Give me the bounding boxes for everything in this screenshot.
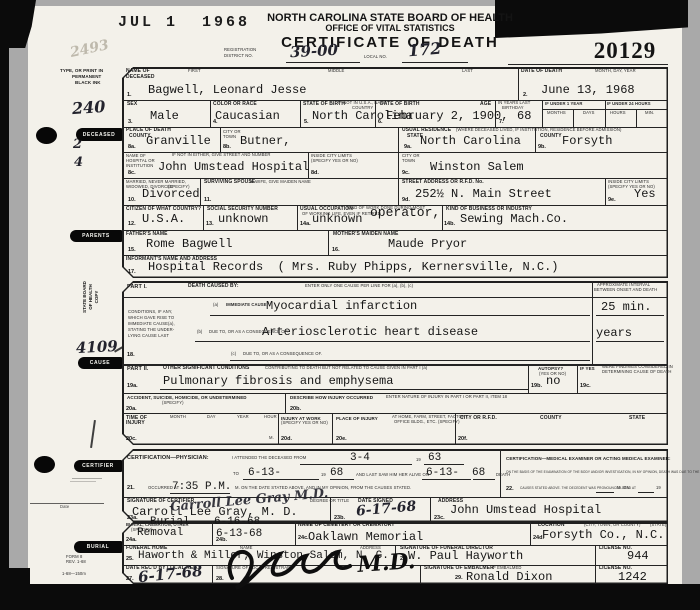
value-date-of-death: June 13, 1968 (541, 84, 635, 96)
label-part2: PART II. (127, 366, 148, 372)
label-injury: INJURY (126, 421, 145, 427)
label-months: MONTHS (547, 111, 566, 116)
line (398, 152, 399, 178)
label-loc-city: CITY OR R.F.D. (460, 416, 497, 422)
certificate-number: 20129 (575, 38, 675, 64)
value-sex: Male (150, 110, 179, 122)
label-time-m: M. (269, 436, 274, 441)
value-burial-date-typed: 6-16-68 (214, 517, 260, 528)
num-20e: 20e. (336, 436, 347, 442)
num-birth-date: 6. (378, 119, 383, 125)
line (402, 62, 468, 63)
line (203, 205, 204, 230)
num-limits-8d: 8d. (311, 170, 319, 176)
line (592, 281, 593, 364)
label-injury-at-work-sub: (SPECIFY YES OR NO) (281, 421, 328, 426)
label-last: LAST (462, 69, 473, 74)
value-hospital: John Umstead Hospital (158, 161, 309, 173)
line (518, 67, 519, 100)
label-street: STREET ADDRESS OR R.F.D. No. (402, 180, 484, 186)
line (424, 464, 464, 465)
line (596, 315, 664, 316)
tab-certifier: CERTIFIER (74, 460, 122, 472)
line (332, 413, 333, 445)
value-other-conditions: Pulmonary fibrosis and emphysema (163, 375, 393, 387)
value-license-2: 1242 (618, 571, 647, 583)
value-county: Granville (146, 135, 211, 147)
scanned-death-certificate: JUL 1 1968 NORTH CAROLINA STATE BOARD OF… (0, 0, 700, 610)
label-loc-county: COUNTY (540, 416, 562, 422)
label-other-conditions: OTHER SIGNIFICANT CONDITIONS (163, 366, 249, 372)
label-death-caused-by: DEATH CAUSED BY: (188, 284, 239, 290)
label-19-b: 19 (321, 473, 326, 478)
line (530, 522, 531, 545)
value-father: Rome Bagwell (146, 238, 232, 250)
line (595, 545, 596, 565)
label-certification-medical-examiner: CERTIFICATION—MEDICAL EXAMINER OR ACTING… (506, 456, 671, 461)
form-revision: REV. 1-68 (66, 560, 86, 565)
line (528, 364, 529, 393)
line (160, 389, 528, 390)
num-occupation: 14a. (300, 221, 311, 227)
value-street: 252½ N. Main Street (415, 188, 552, 200)
label-place-of-injury: PLACE OF INJURY (336, 416, 378, 421)
tab-parents: PARENTS (70, 230, 122, 242)
scan-corner-bottom-left (0, 568, 30, 610)
label-cause-c-tag: (c) (231, 352, 236, 357)
registrar-signature: M.D. (222, 542, 472, 590)
label-day: DAY (207, 415, 216, 420)
label-sex: SEX (127, 102, 137, 108)
print-instruction-3: BLACK INK (75, 80, 101, 85)
handwritten-240: 240 (71, 99, 105, 117)
label-certification-physician: CERTIFICATION—PHYSICIAN: (127, 455, 209, 461)
num-marital: 10. (128, 197, 136, 203)
label-other-conditions-sub: CONTRIBUTING TO DEATH BUT NOT RELATED TO… (265, 366, 427, 371)
label-deceased: DECEASED (126, 75, 155, 81)
line (596, 492, 614, 493)
num-street: 9d. (402, 197, 410, 203)
line (398, 127, 399, 152)
line (210, 315, 590, 316)
num-20f: 20f. (458, 436, 467, 442)
line (605, 100, 606, 127)
num-date-of-death: 2. (523, 92, 528, 98)
line (573, 109, 574, 127)
label-race: COLOR OR RACE (213, 102, 257, 108)
label-last-saw: AND LAST SAW HIM HER ALIVE ON (356, 473, 429, 478)
page-title: CERTIFICATE OF DEATH (240, 34, 540, 51)
value-occupation-typed: operator, (370, 206, 440, 219)
line (243, 479, 319, 480)
label-hour: HOUR (264, 415, 277, 420)
tab-burial: BURIAL (74, 541, 122, 553)
label-hospital-3: INSTITUTION (126, 164, 153, 169)
label-if-yes: IF YES (580, 366, 595, 371)
num-res-county: 9b. (538, 144, 546, 150)
num-25: 25. (126, 556, 134, 562)
label-spouse-sub: IF WIFE, GIVE MAIDEN NAME (250, 180, 311, 185)
num-20d: 20d. (281, 436, 292, 442)
num-hospital: 8c. (128, 170, 136, 176)
label-res-city-2: TOWN (402, 159, 415, 164)
num-sex: 3. (128, 119, 133, 125)
num-24a: 24a. (126, 537, 137, 543)
value-marital: Divorced (142, 188, 200, 200)
line (210, 100, 211, 127)
label-conditions-5: LYING CAUSE LAST (128, 334, 169, 339)
line (212, 522, 213, 545)
line (122, 297, 668, 298)
label-usual-residence-sub: (WHERE DECEASED LIVED, IF INSTITUTION, R… (456, 128, 622, 133)
line (328, 230, 329, 255)
value-mother: Maude Pryor (388, 238, 467, 250)
line (300, 464, 412, 465)
label-cause-a-tag: (a) (213, 303, 218, 308)
line (330, 479, 354, 480)
num-23c: 23c. (434, 515, 445, 521)
label-under-24-hours: IF UNDER 24 HOURS (607, 102, 651, 107)
num-19b: 19b. (531, 383, 542, 389)
label-due-to-c: DUE TO, OR AS A CONSEQUENCE OF. (243, 352, 322, 357)
margin-date-label: Date (60, 505, 69, 510)
value-license-1: 944 (627, 550, 649, 562)
value-res-city: Winston Salem (430, 161, 524, 173)
num-19a: 19a. (127, 383, 138, 389)
num-res-state: 9a. (404, 144, 412, 150)
num-ssn: 13. (206, 221, 214, 227)
label-one-cause: ENTER ONLY ONE CAUSE PER LINE FOR (a), (… (305, 284, 413, 289)
tab-cause: CAUSE (78, 357, 122, 369)
label-birth-date: DATE OF BIRTH (380, 102, 420, 108)
registration-label-2: DISTRICT NO. (224, 54, 253, 59)
form-print-run: 1-68—150m (62, 572, 86, 577)
line (595, 565, 596, 584)
label-to: TO (233, 472, 239, 477)
org-line-2: OFFICE OF VITAL STATISTICS (240, 23, 540, 33)
label-describe-injury-sub: ENTER NATURE OF INJURY IN PART I OR PART… (386, 395, 507, 400)
num-age: 7. (499, 119, 504, 125)
line (430, 497, 431, 522)
value-embalmer: Ronald Dixon (466, 571, 552, 583)
num-19c: 19c. (580, 383, 591, 389)
value-interval-a: 25 min. (601, 301, 651, 313)
value-cause-b: Arteriosclerotic heart disease (262, 326, 478, 338)
line (422, 479, 471, 480)
num-mother: 16. (332, 247, 340, 253)
handwritten-4: 4 (74, 156, 83, 169)
value-from-year: 63 (428, 453, 441, 464)
label-hours: HOURS (610, 111, 626, 116)
num-spouse: 11. (204, 197, 211, 203)
label-under-1-year: IF UNDER 1 YEAR (545, 102, 583, 107)
label-accident: ACCIDENT, SUICIDE, HOMICIDE, OR UNDETERM… (127, 395, 247, 400)
line (212, 565, 213, 584)
num-20c: 20c. (126, 436, 137, 442)
print-instruction-2: PERMANENT (72, 74, 101, 79)
line (195, 341, 590, 342)
label-date-of-death-sub: MONTH, DAY, YEAR (595, 69, 636, 74)
label-accident-specify: (SPECIFY) (162, 401, 184, 406)
copy-line-3: COPY (94, 270, 100, 324)
value-ssn: unknown (218, 213, 268, 225)
value-birth-date: February 2, 1900, (386, 110, 508, 122)
line (577, 364, 578, 393)
value-citizen: U.S.A. (142, 213, 185, 225)
line (200, 178, 201, 205)
num-county: 8a. (128, 144, 136, 150)
label-town: TOWN (223, 135, 236, 140)
faint-mark (70, 481, 96, 482)
value-location: Forsyth Co., N.C. (542, 529, 664, 541)
num-industry: 14b. (444, 221, 455, 227)
line (542, 100, 543, 127)
label-findings-2: DETERMINING CAUSE OF DEATH (602, 370, 672, 375)
line (508, 64, 668, 65)
line (638, 492, 654, 493)
label-attended-from: I ATTENDED THE DECEASED FROM (232, 456, 306, 461)
num-20b: 20b. (290, 406, 301, 412)
value-last-saw-year: 68 (472, 468, 485, 479)
tab-deceased: DECEASED (76, 128, 122, 141)
label-immediate-cause: IMMEDIATE CAUSE: (226, 303, 268, 308)
num-citizen: 12. (128, 221, 136, 227)
signature-scribble (230, 552, 350, 588)
registration-district-no: 39-00 (290, 43, 339, 60)
line (473, 479, 495, 480)
num-informant: 17. (128, 269, 136, 275)
label-describe-injury: DESCRIBE HOW INJURY OCCURRED (290, 395, 373, 400)
print-instruction-1: TYPE, OR PRINT IN (60, 68, 103, 73)
value-burial-date: 6-13-68 (216, 529, 262, 540)
value-burial-removal: Removal (137, 528, 183, 539)
num-23b: 23b. (334, 515, 345, 521)
line (300, 100, 301, 127)
value-deceased-name: Bagwell, Leonard Jesse (148, 84, 306, 96)
line (636, 109, 637, 127)
label-middle: MIDDLE (328, 69, 344, 74)
label-med-19: 19 (656, 486, 661, 491)
line (297, 205, 298, 230)
label-month: MONTH (170, 415, 186, 420)
label-interval-2: BETWEEN ONSET AND DEATH (594, 288, 657, 293)
line (442, 205, 443, 230)
line (278, 413, 279, 445)
num-18: 18. (127, 352, 135, 358)
label-first: FIRST (188, 69, 201, 74)
local-no-label: LOCAL NO. (364, 55, 387, 60)
num-21: 21. (127, 485, 135, 491)
label-19-a: 19 (416, 458, 421, 463)
signature-md-text: M.D. (356, 548, 417, 578)
value-death-time: 7:35 P.M. (172, 482, 231, 493)
num-birth-state: 5. (304, 119, 309, 125)
value-immediate-cause: Myocardial infarction (266, 300, 417, 312)
copy-designation: STATE BOARD OF HEALTH COPY (82, 270, 100, 324)
hole-punch-top (36, 127, 57, 144)
line (605, 178, 606, 205)
label-hospital-sub: IF NOT IN EITHER, GIVE STREET AND NUMBER (172, 153, 271, 158)
value-industry: Sewing Mach.Co. (460, 213, 568, 225)
num-27: 27. (126, 576, 134, 582)
label-res-county: COUNTY (540, 134, 562, 140)
num-22: 22. (506, 486, 514, 492)
num-limits-9e: 9e. (608, 197, 616, 203)
label-limits-8d-2: (SPECIFY YES OR NO) (311, 159, 358, 164)
value-race: Caucasian (215, 110, 280, 122)
line (286, 62, 360, 63)
label-spouse: SURVIVING SPOUSE (204, 180, 255, 186)
value-occupation: unknown (312, 213, 362, 225)
local-no-value: 172 (407, 41, 442, 60)
value-autopsy: no (546, 375, 560, 387)
scan-edge-left (0, 28, 9, 586)
line (398, 178, 399, 205)
received-date-stamp: JUL 1 1968 (118, 14, 250, 31)
num-20a: 20a. (126, 406, 137, 412)
value-certifier-address: John Umstead Hospital (450, 504, 601, 516)
num-name: 1. (127, 92, 132, 98)
value-res-county: Forsyth (562, 135, 612, 147)
value-informant: Hospital Records ( Mrs. Ruby Phipps, Ker… (148, 261, 558, 273)
label-med-basis: ON THE BASIS OF THE EXAMINATION OF THE B… (506, 471, 700, 475)
label-med-m-on: M. ON (617, 486, 630, 491)
label-age: AGE (480, 102, 491, 108)
value-age: 68 (517, 110, 531, 122)
handwritten-4109: 4109 (76, 339, 118, 356)
line (170, 493, 230, 494)
label-cemetery: NAME OF CEMETERY OR CREMATORY (298, 523, 395, 529)
line (596, 341, 664, 342)
hole-punch-bottom (34, 456, 55, 473)
label-loc-state: STATE (629, 416, 645, 422)
label-date-of-death: DATE OF DEATH (521, 69, 562, 75)
num-city: 8b. (223, 144, 231, 150)
label-days: DAYS (583, 111, 595, 116)
value-last-saw-date: 6-13- (426, 468, 459, 479)
value-res-state: North Carolina (420, 135, 521, 147)
value-interval-b: years (596, 327, 632, 339)
value-attended-from: 3-4 (350, 453, 370, 464)
label-year: YEAR (237, 415, 249, 420)
line (220, 127, 221, 152)
label-place-of-injury-sub2: OFFICE BLDG., ETC. (SPECIFY) (394, 420, 460, 425)
num-res-city: 9c. (402, 170, 410, 176)
value-to-year: 68 (330, 468, 343, 479)
label-min: MIN. (645, 111, 654, 116)
faint-mark (72, 478, 102, 479)
label-cause-b-tag: (b) (197, 330, 202, 335)
value-city: Butner, (240, 135, 290, 147)
num-father: 15. (128, 247, 136, 253)
label-part1: PART I. (127, 284, 147, 290)
value-to-date: 6-13- (248, 468, 281, 479)
value-limits-9e: Yes (634, 188, 656, 200)
line (230, 360, 590, 361)
line (285, 393, 286, 413)
